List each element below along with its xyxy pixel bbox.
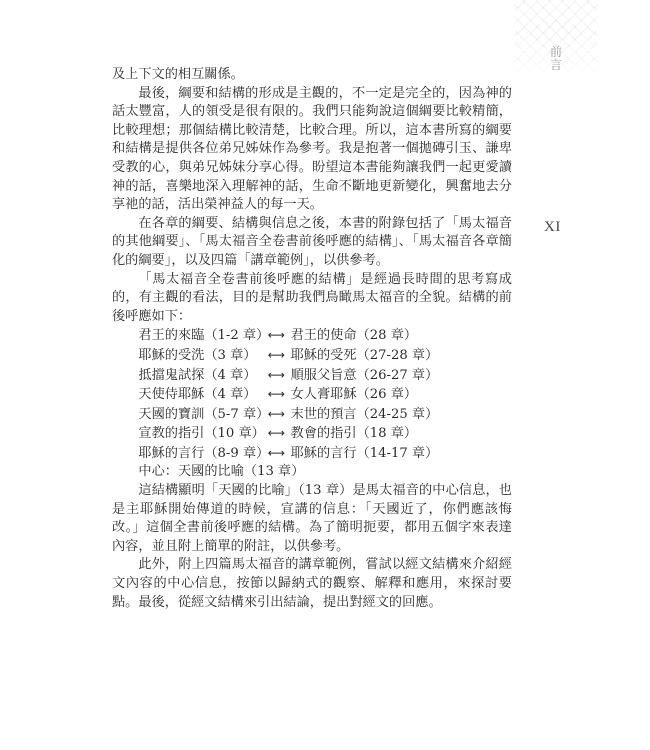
pair-right: 教會的指引（18 章） — [291, 426, 417, 441]
double-arrow-icon: ⟷ — [266, 366, 286, 385]
pair-left: 宣教的指引（10 章） — [138, 425, 266, 444]
pair-left: 天國的寶訓（5-7 章） — [138, 406, 266, 425]
pair-right: 末世的預言（24-25 章） — [291, 407, 439, 422]
pair-right: 耶穌的言行（14-17 章） — [291, 446, 439, 461]
paragraph-continuation: 及上下文的相互關係。 — [112, 66, 512, 85]
pair-left: 耶穌的言行（8-9 章） — [138, 445, 266, 464]
page-number: XI — [544, 219, 561, 236]
double-arrow-icon: ⟷ — [266, 385, 286, 404]
structure-pair: 耶穌的言行（8-9 章）⟷ 耶穌的言行（14-17 章） — [112, 444, 512, 464]
structure-pair: 耶穌的受洗（3 章）⟷ 耶穌的受死（27-28 章） — [112, 346, 512, 366]
structure-pair: 天國的寶訓（5-7 章）⟷ 末世的預言（24-25 章） — [112, 405, 512, 425]
pair-right: 女人膏耶穌（26 章） — [291, 387, 417, 402]
page-body: 及上下文的相互關係。 最後，綱要和結構的形成是主觀的，不一定是完全的，因為神的話… — [112, 66, 512, 612]
structure-pair-list: 君王的來臨（1-2 章）⟷ 君王的使命（28 章） 耶穌的受洗（3 章）⟷ 耶穌… — [112, 326, 512, 463]
section-label: 前言 — [549, 46, 563, 72]
structure-pair: 宣教的指引（10 章）⟷ 教會的指引（18 章） — [112, 424, 512, 444]
structure-pair: 抵擋鬼試探（4 章）⟷ 順服父旨意（26-27 章） — [112, 366, 512, 386]
pair-left: 君王的來臨（1-2 章） — [138, 327, 266, 346]
paragraph: 在各章的綱要、結構與信息之後，本書的附錄包括了「馬太福音的其他綱要」、「馬太福音… — [112, 215, 512, 271]
pair-right: 順服父旨意（26-27 章） — [291, 368, 439, 383]
double-arrow-icon: ⟷ — [266, 444, 286, 463]
paragraph: 「馬太福音全卷書前後呼應的結構」是經過長時間的思考寫成的，有主觀的看法，目的是幫… — [112, 271, 512, 327]
pair-left: 天使侍耶穌（4 章） — [138, 386, 266, 405]
structure-pair: 天使侍耶穌（4 章）⟷ 女人膏耶穌（26 章） — [112, 385, 512, 405]
paragraph: 此外，附上四篇馬太福音的講章範例，嘗試以經文結構來介紹經文內容的中心信息，按節以… — [112, 556, 512, 612]
pair-left: 耶穌的受洗（3 章） — [138, 347, 266, 366]
pair-right: 君王的使命（28 章） — [291, 328, 417, 343]
double-arrow-icon: ⟷ — [266, 424, 286, 443]
double-arrow-icon: ⟷ — [266, 346, 286, 365]
paragraph: 最後，綱要和結構的形成是主觀的，不一定是完全的，因為神的話太豐富，人的領受是很有… — [112, 85, 512, 215]
double-arrow-icon: ⟷ — [266, 405, 286, 424]
pair-left: 抵擋鬼試探（4 章） — [138, 367, 266, 386]
double-arrow-icon: ⟷ — [266, 326, 286, 345]
pair-right: 耶穌的受死（27-28 章） — [291, 348, 439, 363]
structure-pair: 君王的來臨（1-2 章）⟷ 君王的使命（28 章） — [112, 326, 512, 346]
structure-center: 中心：天國的比喻（13 章） — [112, 463, 512, 482]
paragraph: 這結構顯明「天國的比喻」（13 章）是馬太福音的中心信息，也是主耶穌開始傳道的時… — [112, 482, 512, 556]
